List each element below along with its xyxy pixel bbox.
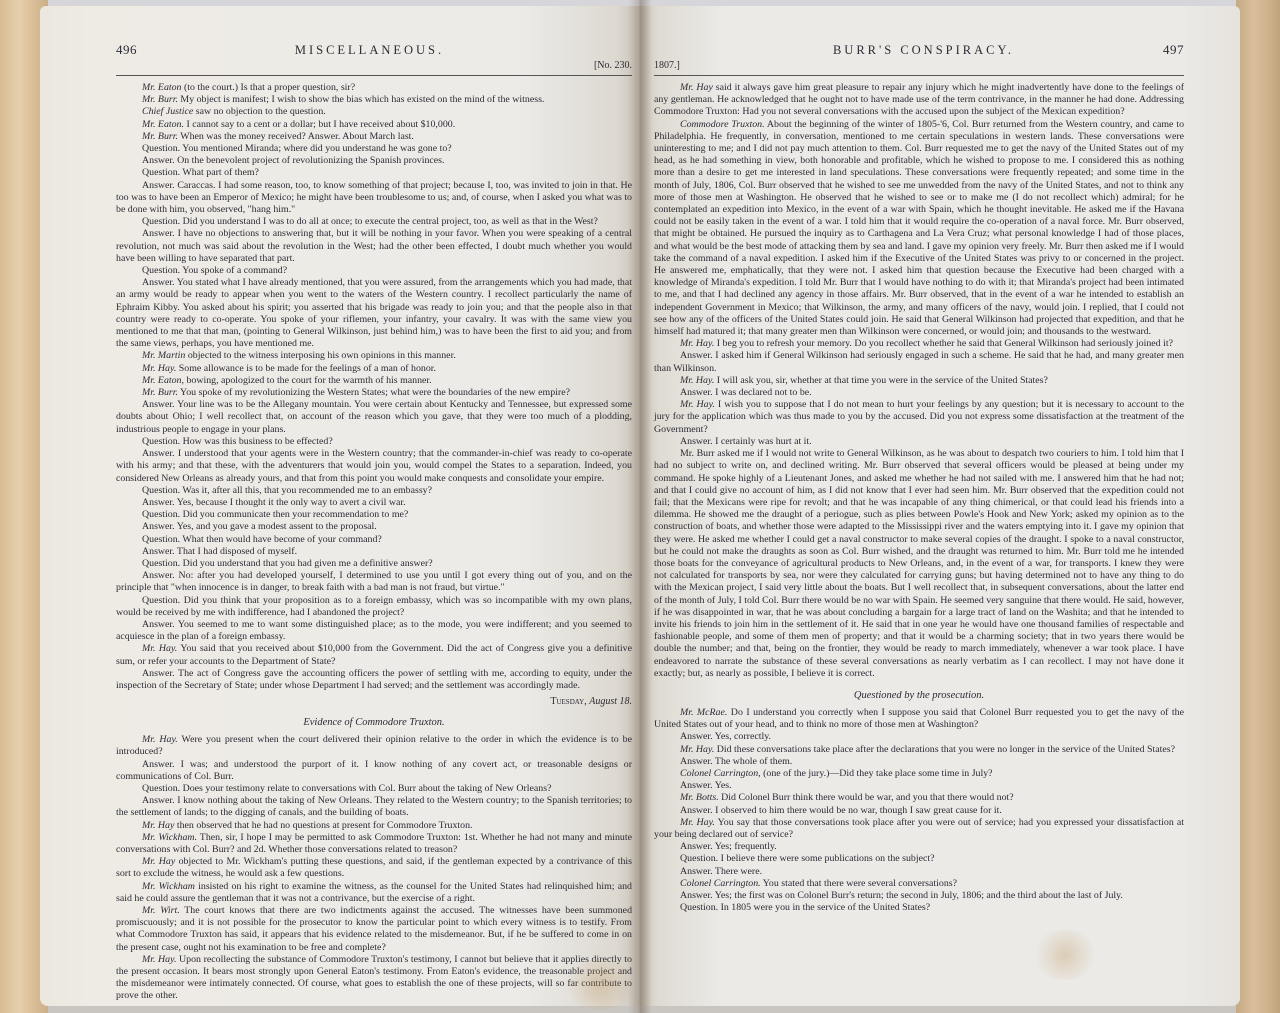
paragraph-text: Question. What part of them? bbox=[142, 167, 259, 178]
paragraph: Answer. I have no objections to answerin… bbox=[116, 228, 632, 265]
paragraph: Mr. Hay said it always gave him great pl… bbox=[654, 82, 1184, 119]
speaker-name: Mr. Burr. bbox=[142, 387, 178, 398]
speaker-name: Mr. Botts. bbox=[680, 792, 719, 803]
speaker-name: Mr. Hay. bbox=[142, 734, 178, 745]
paragraph: Answer. I know nothing about the taking … bbox=[116, 795, 632, 819]
page-number: 497 bbox=[1163, 42, 1184, 58]
paragraph-text: Did Colonel Burr think there would be wa… bbox=[719, 792, 1014, 803]
paragraph-text: You spoke of my revolutionizing the West… bbox=[178, 387, 570, 398]
paragraph: Mr. Wickham insisted on his right to exa… bbox=[116, 881, 632, 905]
paragraph: Answer. Yes; frequently. bbox=[654, 841, 1184, 853]
paragraph: Mr. Eaton (to the court.) Is that a prop… bbox=[116, 82, 632, 94]
paragraph-text: Answer. I understood that your agents we… bbox=[116, 448, 632, 483]
paragraph: Colonel Carrington, (one of the jury.)—D… bbox=[654, 768, 1184, 780]
paragraph: Mr. Hay then observed that he had no que… bbox=[116, 820, 632, 832]
paragraph: Answer. No: after you had developed your… bbox=[116, 570, 632, 594]
paragraph-text: Answer. You stated what I have already m… bbox=[116, 277, 632, 349]
paragraph-text: Answer. Yes, correctly. bbox=[680, 731, 771, 742]
speaker-name: Commodore Truxton. bbox=[680, 119, 765, 130]
speaker-name: Mr. Eaton bbox=[142, 82, 182, 93]
speaker-name: Mr. Eaton. bbox=[142, 119, 184, 130]
book-page-edges-right bbox=[1236, 0, 1280, 1013]
paragraph-text: Answer. Yes. bbox=[680, 780, 732, 791]
paragraph: Answer. Yes, correctly. bbox=[654, 731, 1184, 743]
dateline: Tuesday, August 18. bbox=[116, 696, 632, 707]
paragraph-text: When was the money received? Answer. Abo… bbox=[178, 131, 414, 142]
speaker-name: Mr. Hay bbox=[142, 820, 174, 831]
speaker-name: Mr. Martin bbox=[142, 350, 185, 361]
speaker-name: Mr. Hay. bbox=[142, 363, 176, 374]
paragraph: Answer. There were. bbox=[654, 866, 1184, 878]
paragraph: Question. What part of them? bbox=[116, 167, 632, 179]
paragraph-text: Question. You spoke of a command? bbox=[142, 265, 287, 276]
paragraph-text: Answer. Yes; frequently. bbox=[680, 841, 777, 852]
header-rule bbox=[116, 75, 632, 76]
paragraph-text: Question. I believe there were some publ… bbox=[680, 853, 934, 864]
speaker-name: Mr. Hay. bbox=[680, 338, 714, 349]
paragraph-text: You say that those conversations took pl… bbox=[654, 817, 1184, 840]
speaker-name: Mr. Burr. bbox=[142, 94, 178, 105]
book-gutter bbox=[628, 0, 652, 1013]
paragraph: Question. What then would have become of… bbox=[116, 534, 632, 546]
paragraph-text: I wish you to suppose that I do not mean… bbox=[654, 399, 1184, 434]
paragraph-text: I cannot say to a cent or a dollar; but … bbox=[184, 119, 455, 130]
paragraph-text: Question. What then would have become of… bbox=[142, 534, 382, 545]
paragraph-text: Question. Did you communicate then your … bbox=[142, 509, 408, 520]
paragraph-text: Answer. There were. bbox=[680, 866, 762, 877]
paragraph-text: Did these conversations take place after… bbox=[714, 744, 1175, 755]
paragraph: Answer. I was declared not to be. bbox=[654, 387, 1184, 399]
speaker-name: Mr. Wickham. bbox=[142, 832, 197, 843]
paragraph-text: Question. How was this business to be ef… bbox=[142, 436, 333, 447]
paragraph: Mr. Burr asked me if I would not write t… bbox=[654, 448, 1184, 680]
paragraph: Question. Does your testimony relate to … bbox=[116, 783, 632, 795]
paragraph-text: My object is manifest; I wish to show th… bbox=[178, 94, 544, 105]
paragraph-text: objected to Mr. Wickham's putting these … bbox=[116, 856, 632, 879]
paragraph-text: Some allowance is to be made for the fee… bbox=[176, 363, 436, 374]
paragraph: Answer. You seemed to me to want some di… bbox=[116, 619, 632, 643]
paragraph: Mr. Burr. My object is manifest; I wish … bbox=[116, 94, 632, 106]
paragraph: Mr. Hay objected to Mr. Wickham's puttin… bbox=[116, 856, 632, 880]
paragraph-text: I will ask you, sir, whether at that tim… bbox=[714, 375, 1048, 386]
paragraph: Question. How was this business to be ef… bbox=[116, 436, 632, 448]
speaker-name: Mr. Hay bbox=[142, 856, 175, 867]
right-body-text-2: Mr. McRae. Do I understand you correctly… bbox=[654, 707, 1184, 914]
paragraph-text: You said that you received about $10,000… bbox=[116, 643, 632, 666]
paragraph: Answer. Yes. bbox=[654, 780, 1184, 792]
paragraph-text: I beg you to refresh your memory. Do you… bbox=[714, 338, 1173, 349]
right-page: BURR'S CONSPIRACY. 497 1807.] Mr. Hay sa… bbox=[640, 6, 1240, 1006]
paragraph: Commodore Truxton. About the beginning o… bbox=[654, 119, 1184, 339]
speaker-name: Colonel Carrington. bbox=[680, 878, 761, 889]
paragraph-text: Answer. The whole of them. bbox=[680, 756, 792, 767]
running-title: BURR'S CONSPIRACY. bbox=[833, 43, 1014, 58]
paragraph: Answer. Caraccas. I had some reason, too… bbox=[116, 180, 632, 217]
paragraph: Question. In 1805 were you in the servic… bbox=[654, 902, 1184, 914]
paragraph: Answer. The whole of them. bbox=[654, 756, 1184, 768]
speaker-name: Mr. Eaton bbox=[142, 375, 182, 386]
left-page: 496 MISCELLANEOUS. [No. 230. Mr. Eaton (… bbox=[40, 6, 640, 1006]
paragraph-text: Answer. On the benevolent project of rev… bbox=[142, 155, 445, 166]
paragraph: Mr. Hay. I beg you to refresh your memor… bbox=[654, 338, 1184, 350]
paragraph: Mr. Hay. Some allowance is to be made fo… bbox=[116, 363, 632, 375]
right-running-head: BURR'S CONSPIRACY. 497 bbox=[654, 42, 1184, 58]
section-title: Questioned by the prosecution. bbox=[654, 690, 1184, 701]
paragraph: Mr. Hay. You said that you received abou… bbox=[116, 643, 632, 667]
paragraph: Question. Did you understand I was to do… bbox=[116, 216, 632, 228]
issue-label: [No. 230. bbox=[594, 60, 632, 71]
paragraph-text: The court knows that there are two indic… bbox=[116, 905, 632, 953]
speaker-name: Colonel Carrington, bbox=[680, 768, 761, 779]
paragraph-text: Mr. Burr asked me if I would not write t… bbox=[654, 448, 1184, 679]
paragraph: Answer. Yes, and you gave a modest assen… bbox=[116, 521, 632, 533]
speaker-name: Mr. Hay. bbox=[680, 375, 714, 386]
paragraph-text: Do I understand you correctly when I sup… bbox=[654, 707, 1184, 730]
speaker-name: Mr. Hay. bbox=[680, 817, 715, 828]
paragraph-text: (one of the jury.)—Did they take place s… bbox=[761, 768, 993, 779]
paragraph: Mr. Hay. You say that those conversation… bbox=[654, 817, 1184, 841]
paragraph-text: Question. Was it, after all this, that y… bbox=[142, 485, 432, 496]
paragraph-text: Question. Does your testimony relate to … bbox=[142, 783, 551, 794]
paragraph: Mr. Eaton, bowing, apologized to the cou… bbox=[116, 375, 632, 387]
paragraph-text: said it always gave him great pleasure t… bbox=[654, 82, 1184, 117]
paragraph: Mr. Hay. I will ask you, sir, whether at… bbox=[654, 375, 1184, 387]
paragraph-text: , bowing, apologized to the court for th… bbox=[182, 375, 432, 386]
page-number: 496 bbox=[116, 42, 137, 58]
paragraph-text: Question. Did you understand that you ha… bbox=[142, 558, 433, 569]
paragraph-text: objected to the witness interposing his … bbox=[185, 350, 455, 361]
left-running-head: 496 MISCELLANEOUS. bbox=[116, 42, 632, 58]
paragraph-text: Question. Did you understand I was to do… bbox=[142, 216, 598, 227]
paragraph: Answer. I was; and understood the purpor… bbox=[116, 759, 632, 783]
paragraph: Answer. On the benevolent project of rev… bbox=[116, 155, 632, 167]
paragraph-text: Answer. No: after you had developed your… bbox=[116, 570, 632, 593]
paragraph-text: Answer. I have no objections to answerin… bbox=[116, 228, 632, 263]
paragraph: Answer. The act of Congress gave the acc… bbox=[116, 668, 632, 692]
paragraph-text: saw no objection to the question. bbox=[193, 106, 325, 117]
paragraph-text: Question. In 1805 were you in the servic… bbox=[680, 902, 930, 913]
speaker-name: Mr. Burr. bbox=[142, 131, 178, 142]
paragraph: Answer. I certainly was hurt at it. bbox=[654, 436, 1184, 448]
paragraph-text: Answer. I observed to him there would be… bbox=[680, 805, 1002, 816]
paragraph-text: Answer. I asked him if General Wilkinson… bbox=[654, 350, 1184, 373]
speaker-name: Mr. Wickham bbox=[142, 881, 195, 892]
paragraph: Answer. I asked him if General Wilkinson… bbox=[654, 350, 1184, 374]
paragraph: Mr. Wickham. Then, sir, I hope I may be … bbox=[116, 832, 632, 856]
paragraph-text: Answer. Your line was to be the Allegany… bbox=[116, 399, 632, 434]
left-body-text-2: Mr. Hay. Were you present when the court… bbox=[116, 734, 632, 1002]
speaker-name: Mr. Hay. bbox=[142, 954, 176, 965]
paragraph: Mr. Martin objected to the witness inter… bbox=[116, 350, 632, 362]
speaker-name: Mr. Hay. bbox=[142, 643, 177, 654]
paragraph-text: Answer. I was declared not to be. bbox=[680, 387, 812, 398]
paragraph: Mr. Eaton. I cannot say to a cent or a d… bbox=[116, 119, 632, 131]
running-title: MISCELLANEOUS. bbox=[295, 43, 444, 58]
paragraph-text: Question. Did you think that your propos… bbox=[116, 595, 632, 618]
paragraph: Question. Was it, after all this, that y… bbox=[116, 485, 632, 497]
paragraph: Question. Did you think that your propos… bbox=[116, 595, 632, 619]
paragraph: Mr. Burr. You spoke of my revolutionizin… bbox=[116, 387, 632, 399]
paragraph: Mr. Botts. Did Colonel Burr think there … bbox=[654, 792, 1184, 804]
paragraph: Answer. Yes, because I thought it the on… bbox=[116, 497, 632, 509]
paragraph: Colonel Carrington. You stated that ther… bbox=[654, 878, 1184, 890]
paragraph-text: Answer. Yes, and you gave a modest assen… bbox=[142, 521, 377, 532]
paragraph-text: Answer. I certainly was hurt at it. bbox=[680, 436, 812, 447]
speaker-name: Chief Justice bbox=[142, 106, 193, 117]
paragraph-text: (to the court.) Is that a proper questio… bbox=[182, 82, 356, 93]
paragraph-text: then observed that he had no questions a… bbox=[174, 820, 472, 831]
paragraph: Mr. Hay. I wish you to suppose that I do… bbox=[654, 399, 1184, 436]
paragraph-text: Question. You mentioned Miranda; where d… bbox=[142, 143, 452, 154]
left-body-text: Mr. Eaton (to the court.) Is that a prop… bbox=[116, 82, 632, 692]
speaker-name: Mr. Hay. bbox=[680, 399, 715, 410]
paragraph-text: Answer. The act of Congress gave the acc… bbox=[116, 668, 632, 691]
header-rule bbox=[654, 75, 1184, 76]
speaker-name: Mr. Wirt. bbox=[142, 905, 180, 916]
paragraph: Question. I believe there were some publ… bbox=[654, 853, 1184, 865]
paragraph-text: Upon recollecting the substance of Commo… bbox=[116, 954, 632, 1002]
paragraph: Mr. McRae. Do I understand you correctly… bbox=[654, 707, 1184, 731]
section-title: Evidence of Commodore Truxton. bbox=[116, 717, 632, 728]
year-label: 1807.] bbox=[654, 60, 680, 71]
paragraph: Mr. Hay. Did these conversations take pl… bbox=[654, 744, 1184, 756]
speaker-name: Mr. Hay. bbox=[680, 744, 714, 755]
paragraph-text: Answer. You seemed to me to want some di… bbox=[116, 619, 632, 642]
paragraph-text: About the beginning of the winter of 180… bbox=[654, 119, 1184, 337]
paragraph: Question. You mentioned Miranda; where d… bbox=[116, 143, 632, 155]
paragraph: Answer. Your line was to be the Allegany… bbox=[116, 399, 632, 436]
paragraph-text: Answer. Caraccas. I had some reason, too… bbox=[116, 180, 632, 215]
paragraph: Answer. That I had disposed of myself. bbox=[116, 546, 632, 558]
speaker-name: Mr. Hay bbox=[680, 82, 713, 93]
paragraph: Question. You spoke of a command? bbox=[116, 265, 632, 277]
paragraph: Question. Did you communicate then your … bbox=[116, 509, 632, 521]
paragraph: Answer. Yes; the first was on Colonel Bu… bbox=[654, 890, 1184, 902]
speaker-name: Mr. McRae. bbox=[680, 707, 727, 718]
paragraph-text: Answer. I was; and understood the purpor… bbox=[116, 759, 632, 782]
paragraph-text: Were you present when the court delivere… bbox=[116, 734, 632, 757]
paragraph-text: You stated that there were several conve… bbox=[761, 878, 957, 889]
paragraph-text: Answer. I know nothing about the taking … bbox=[116, 795, 632, 818]
paragraph: Answer. You stated what I have already m… bbox=[116, 277, 632, 350]
paragraph: Mr. Wirt. The court knows that there are… bbox=[116, 905, 632, 954]
paragraph-text: Answer. Yes; the first was on Colonel Bu… bbox=[680, 890, 1123, 901]
paragraph: Chief Justice saw no objection to the qu… bbox=[116, 106, 632, 118]
right-body-text: Mr. Hay said it always gave him great pl… bbox=[654, 82, 1184, 680]
paragraph: Answer. I understood that your agents we… bbox=[116, 448, 632, 485]
paragraph: Answer. I observed to him there would be… bbox=[654, 805, 1184, 817]
paragraph: Mr. Hay. Upon recollecting the substance… bbox=[116, 954, 632, 1003]
paragraph: Mr. Burr. When was the money received? A… bbox=[116, 131, 632, 143]
paragraph: Mr. Hay. Were you present when the court… bbox=[116, 734, 632, 758]
paragraph: Question. Did you understand that you ha… bbox=[116, 558, 632, 570]
paragraph-text: Answer. Yes, because I thought it the on… bbox=[142, 497, 406, 508]
paragraph-text: Answer. That I had disposed of myself. bbox=[142, 546, 297, 557]
